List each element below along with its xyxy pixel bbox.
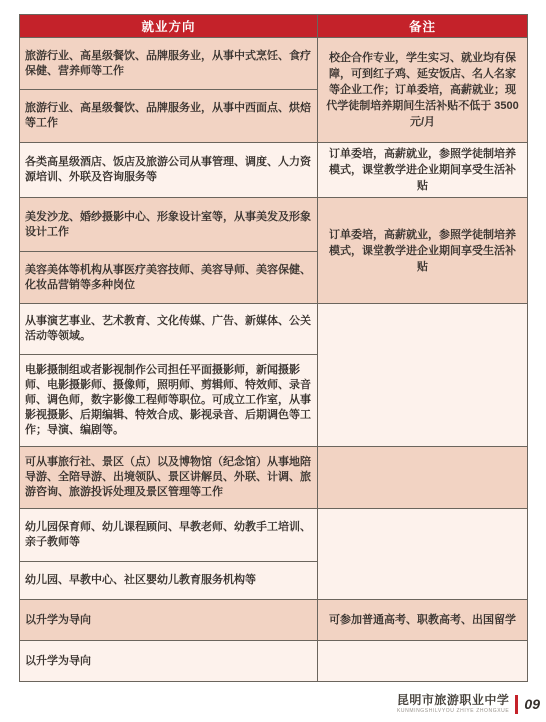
direction-cell: 以升学为导向	[20, 641, 318, 682]
direction-cell: 美发沙龙、婚纱摄影中心、形象设计室等，从事美发及形象设计工作	[20, 198, 318, 252]
remark-cell-empty	[318, 509, 528, 600]
table-row: 从事演艺事业、艺术教育、文化传媒、广告、新媒体、公关活动等领域。	[20, 304, 528, 355]
direction-cell: 幼儿园、早教中心、社区婴幼儿教育服务机构等	[20, 562, 318, 600]
school-block: 昆明市旅游职业中学 KUNMINGSHILVYOU ZHIYE ZHONGXUE	[397, 694, 510, 714]
footer-divider-bar	[515, 695, 518, 714]
direction-cell: 旅游行业、高星级餐饮、品牌服务业，从事中西面点、烘焙等工作	[20, 90, 318, 143]
remark-cell-empty	[318, 447, 528, 509]
direction-cell: 旅游行业、高星级餐饮、品牌服务业，从事中式烹饪、食疗保健、营养师等工作	[20, 38, 318, 90]
remark-cell: 可参加普通高考、职教高考、出国留学	[318, 600, 528, 641]
column-header-employment-direction: 就业方向	[20, 15, 318, 38]
remark-cell-empty	[318, 641, 528, 682]
direction-cell: 电影摄制组或者影视制作公司担任平面摄影师，新闻摄影师、电影摄影师、摄像师，照明师…	[20, 355, 318, 447]
page-number: 09	[524, 692, 540, 716]
table-row: 可从事旅行社、景区（点）以及博物馆（纪念馆）从事地陪导游、全陪导游、出境领队、景…	[20, 447, 528, 509]
direction-cell: 美容美体等机构从事医疗美容技师、美容导师、美容保健、化妆品营销等多种岗位	[20, 252, 318, 304]
remark-cell: 校企合作专业，学生实习、就业均有保障，可到红子鸡、延安饭店、名人名家等企业工作；…	[318, 38, 528, 143]
column-header-remark: 备注	[318, 15, 528, 38]
direction-cell: 各类高星级酒店、饭店及旅游公司从事管理、调度、人力资源培训、外联及咨询服务等	[20, 143, 318, 198]
school-name: 昆明市旅游职业中学	[397, 694, 510, 707]
remark-cell: 订单委培，高薪就业，参照学徒制培养模式，课堂教学进企业期间享受生活补贴	[318, 198, 528, 304]
table-row: 旅游行业、高星级餐饮、品牌服务业，从事中式烹饪、食疗保健、营养师等工作 校企合作…	[20, 38, 528, 90]
remark-cell-empty	[318, 304, 528, 447]
employment-table: 就业方向 备注 旅游行业、高星级餐饮、品牌服务业，从事中式烹饪、食疗保健、营养师…	[19, 14, 528, 682]
brochure-page: 就业方向 备注 旅游行业、高星级餐饮、品牌服务业，从事中式烹饪、食疗保健、营养师…	[0, 0, 546, 722]
table-row: 以升学为导向	[20, 641, 528, 682]
direction-cell: 以升学为导向	[20, 600, 318, 641]
direction-cell: 可从事旅行社、景区（点）以及博物馆（纪念馆）从事地陪导游、全陪导游、出境领队、景…	[20, 447, 318, 509]
table-row: 幼儿园保育师、幼儿课程顾问、早教老师、幼教手工培训、亲子教师等	[20, 509, 528, 562]
school-name-latin: KUNMINGSHILVYOU ZHIYE ZHONGXUE	[397, 708, 509, 714]
table-row: 以升学为导向 可参加普通高考、职教高考、出国留学	[20, 600, 528, 641]
table-row: 美发沙龙、婚纱摄影中心、形象设计室等，从事美发及形象设计工作 订单委培，高薪就业…	[20, 198, 528, 252]
table-header-row: 就业方向 备注	[20, 15, 528, 38]
page-footer: 昆明市旅游职业中学 KUNMINGSHILVYOU ZHIYE ZHONGXUE…	[397, 692, 540, 716]
direction-cell: 幼儿园保育师、幼儿课程顾问、早教老师、幼教手工培训、亲子教师等	[20, 509, 318, 562]
table-row: 各类高星级酒店、饭店及旅游公司从事管理、调度、人力资源培训、外联及咨询服务等 订…	[20, 143, 528, 198]
remark-cell: 订单委培，高薪就业，参照学徒制培养模式，课堂教学进企业期间享受生活补贴	[318, 143, 528, 198]
direction-cell: 从事演艺事业、艺术教育、文化传媒、广告、新媒体、公关活动等领域。	[20, 304, 318, 355]
